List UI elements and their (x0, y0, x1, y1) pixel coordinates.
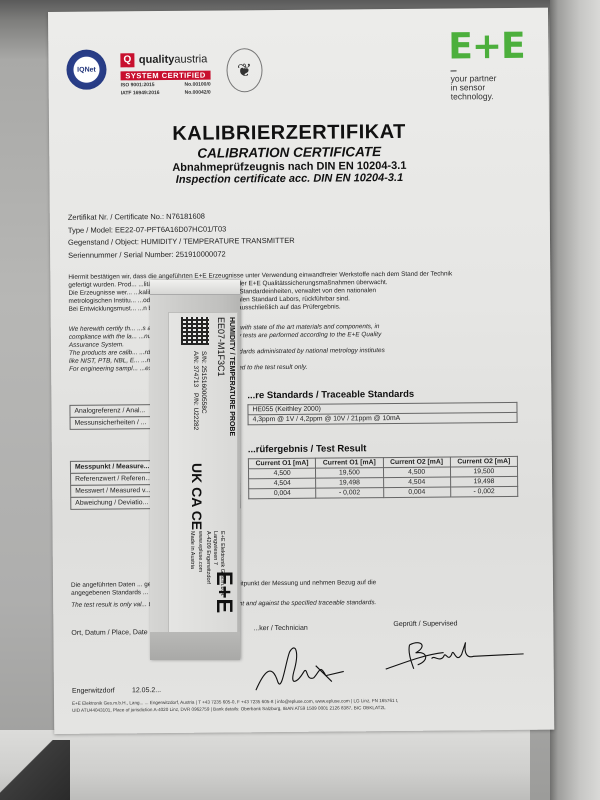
probe-brand-logo: E+E (211, 571, 237, 613)
probe-article-number: A/N: 374713 (192, 351, 199, 387)
probe-packaging-box: HUMIDITY / TEMPERATURE PROBE EE07-M1F3C1… (150, 280, 240, 660)
table-row: 4,3ppm @ 1V / 4,2ppm @ 10V / 21ppm @ 10m… (248, 412, 517, 424)
system-certified-badge: SYSTEM CERTIFIED (121, 71, 211, 81)
technician-signature (254, 641, 354, 692)
ee-brand-logo: E+E (448, 26, 525, 68)
closing-en: The test result is only val... the time … (71, 598, 511, 610)
austrian-eagle-seal-icon: ❦ (226, 48, 262, 92)
quality-austria-q-icon: Q (120, 53, 134, 67)
certificate-meta: Zertifikat Nr. / Certificate No.: N76181… (68, 210, 295, 262)
box-bottom-flap (150, 632, 240, 660)
test-result-table: Current O1 [mA] Current O1 [mA] Current … (248, 456, 518, 499)
standards-title: ...re Standards / Traceable Standards (247, 389, 414, 401)
maker-street: Langwiesen 7 (212, 531, 218, 565)
supervised-label: Geprüft / Supervised (393, 620, 457, 628)
datamatrix-code-icon (181, 317, 209, 345)
probe-product-name: HUMIDITY / TEMPERATURE PROBE (228, 317, 235, 436)
table-row: 0,004- 0,002 0,004- 0,002 (249, 486, 518, 498)
cardboard-bottom (0, 730, 530, 800)
iso-line: ISO 9001:2015No.00100/0 (121, 82, 211, 89)
quality-austria-logo: Q qualityaustria SYSTEM CERTIFIED ISO 90… (120, 51, 210, 97)
object: Gegenstand / Object: HUMIDITY / TEMPERAT… (68, 235, 295, 249)
certification-marks-icon: UK CA CE (189, 463, 205, 530)
closing-de: Die angeführten Daten ... gegebenen Bedi… (71, 578, 511, 598)
place-date-label: Ort, Datum / Place, Date (71, 629, 147, 637)
title-block: KALIBRIERZERTIFIKAT CALIBRATION CERTIFIC… (49, 120, 530, 187)
iqnet-text: IQNet (76, 66, 97, 73)
box-lid (150, 280, 240, 295)
test-result-title: ...rüfergebnis / Test Result (248, 443, 367, 455)
paragraph-en: We herewith certify th... ...s are manuf… (69, 322, 509, 374)
paragraph-de: Hiermit bestätigen wir, dass die angefüh… (68, 270, 508, 314)
iqnet-logo-icon: IQNet (66, 49, 106, 89)
serial-number: Seriennummer / Serial Number: 2519100000… (68, 247, 295, 261)
probe-serial: S/N: 251516000558C (200, 351, 207, 414)
probe-model: EE07-M1F3C1 (216, 317, 226, 377)
iatf-line: IATF 16949:2016No.00042/0 (121, 90, 211, 97)
shadow-corner (0, 740, 70, 800)
technician-label: ...ker / Technician (253, 625, 307, 632)
box-flap-right (550, 0, 600, 800)
made-in: Made in Austria (189, 531, 195, 569)
place-value: Engerwitzdorf (72, 687, 115, 694)
probe-part-number: P/N: U22282 (192, 393, 199, 430)
footer: E+E Elektronik Ges.m.b.H., Lang... ... E… (72, 696, 532, 714)
quality-austria-name: qualityaustria (139, 53, 208, 66)
ee-tagline: your partner in sensor technology. (451, 70, 497, 101)
calibration-certificate: IQNet Q qualityaustria SYSTEM CERTIFIED … (48, 8, 554, 734)
product-label: HUMIDITY / TEMPERATURE PROBE EE07-M1F3C1… (168, 312, 238, 634)
standards-table: HE055 (Keithley 2000) 4,3ppm @ 1V / 4,2p… (247, 402, 517, 425)
supervisor-signature (383, 636, 533, 677)
date-value: 12.05.2... (132, 687, 161, 694)
maker-web: www.epluse.com (197, 531, 203, 572)
